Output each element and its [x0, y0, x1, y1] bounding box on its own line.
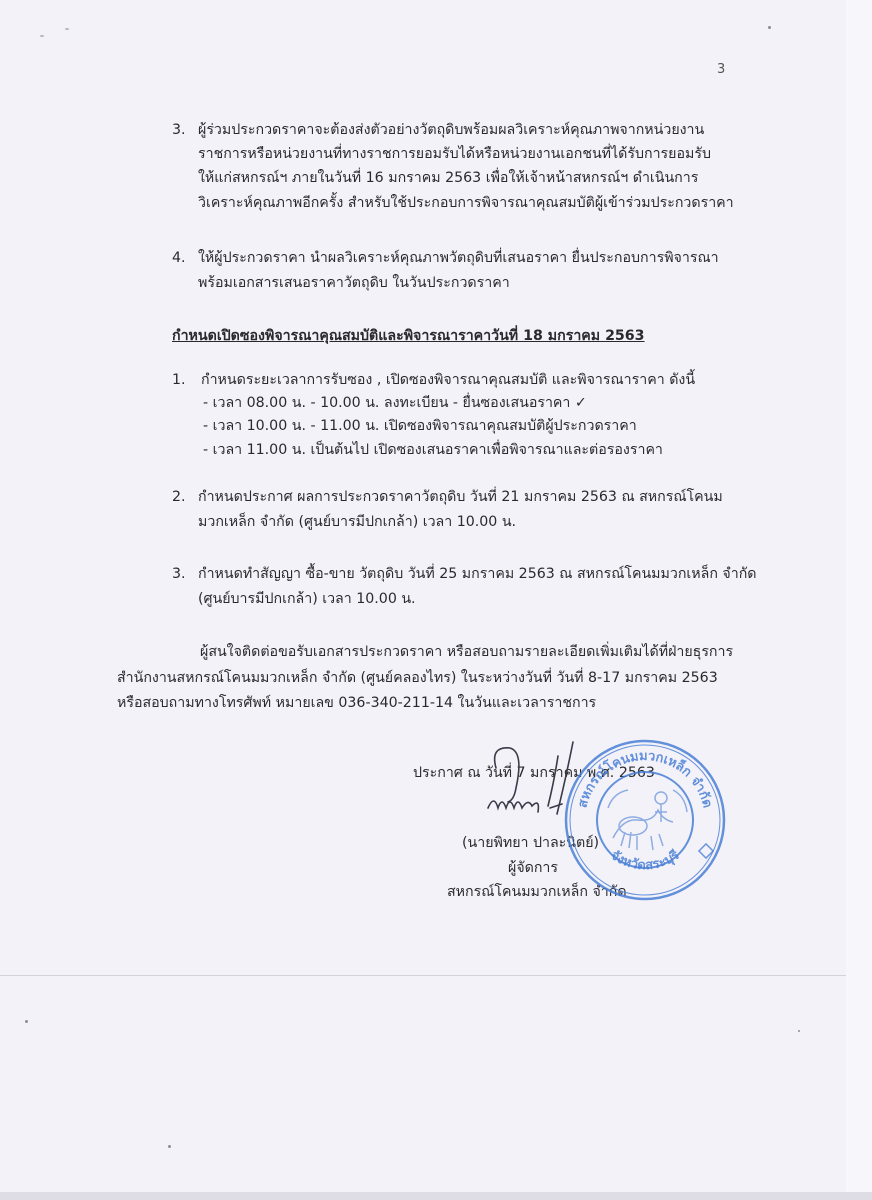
paragraph-line: กำหนดระยะเวลาการรับซอง , เปิดซองพิจารณาค… — [201, 368, 695, 392]
paragraph-line: ให้ผู้ประกวดราคา นำผลวิเคราะห์คุณภาพวัตถ… — [198, 246, 719, 270]
contact-line: สำนักงานสหกรณ์โคนมมวกเหล็ก จำกัด (ศูนย์ค… — [117, 666, 718, 690]
item-number: 4. — [172, 246, 186, 270]
item-number: 3. — [172, 562, 186, 586]
paragraph-line: ผู้ร่วมประกวดราคาจะต้องส่งตัวอย่างวัตถุด… — [198, 118, 704, 142]
section-heading: กำหนดเปิดซองพิจารณาคุณสมบัติและพิจารณารา… — [172, 325, 645, 347]
item-number: 1. — [172, 368, 186, 392]
scan-bottom-edge — [0, 1192, 872, 1200]
svg-text:จังหวัดสระบุรี: จังหวัดสระบุรี — [608, 847, 683, 873]
paragraph-line: มวกเหล็ก จำกัด (ศูนย์บารมีปกเกล้า) เวลา … — [198, 510, 516, 534]
speck — [168, 1145, 171, 1148]
paragraph-line: ราชการหรือหน่วยงานที่ทางราชการยอมรับได้ห… — [198, 142, 711, 166]
paragraph-line: พร้อมเอกสารเสนอราคาวัตถุดิบ ในวันประกวดร… — [198, 271, 510, 295]
contact-line: หรือสอบถามทางโทรศัพท์ หมายเลข 036-340-21… — [117, 691, 596, 715]
schedule-subitem: - เวลา 11.00 น. เป็นต้นไป เปิดซองเสนอราค… — [203, 438, 663, 462]
paragraph-line: (ศูนย์บารมีปกเกล้า) เวลา 10.00 น. — [198, 587, 416, 611]
page-number: 3 — [717, 62, 725, 77]
speck — [40, 35, 44, 37]
paragraph-line: กำหนดทำสัญญา ซื้อ-ขาย วัตถุดิบ วันที่ 25… — [198, 562, 757, 586]
item-number: 3. — [172, 118, 186, 142]
paragraph-line: ให้แก่สหกรณ์ฯ ภายในวันที่ 16 มกราคม 2563… — [198, 166, 698, 190]
item-number: 2. — [172, 485, 186, 509]
paragraph-line: วิเคราะห์คุณภาพอีกครั้ง สำหรับใช้ประกอบก… — [198, 191, 734, 215]
speck — [768, 26, 771, 29]
schedule-subitem: - เวลา 10.00 น. - 11.00 น. เปิดซองพิจารณ… — [203, 414, 637, 438]
schedule-subitem: - เวลา 08.00 น. - 10.00 น. ลงทะเบียน - ย… — [203, 391, 587, 415]
contact-line: ผู้สนใจติดต่อขอรับเอกสารประกวดราคา หรือส… — [200, 640, 733, 664]
paragraph-line: กำหนดประกาศ ผลการประกวดราคาวัตถุดิบ วันท… — [198, 485, 723, 509]
speck — [25, 1020, 28, 1023]
fold-line — [0, 975, 846, 976]
signatory-position: ผู้จัดการ — [508, 856, 558, 880]
speck — [65, 28, 69, 30]
speck — [798, 1030, 800, 1032]
handwritten-signature — [478, 738, 618, 838]
scan-edge — [846, 0, 872, 1200]
